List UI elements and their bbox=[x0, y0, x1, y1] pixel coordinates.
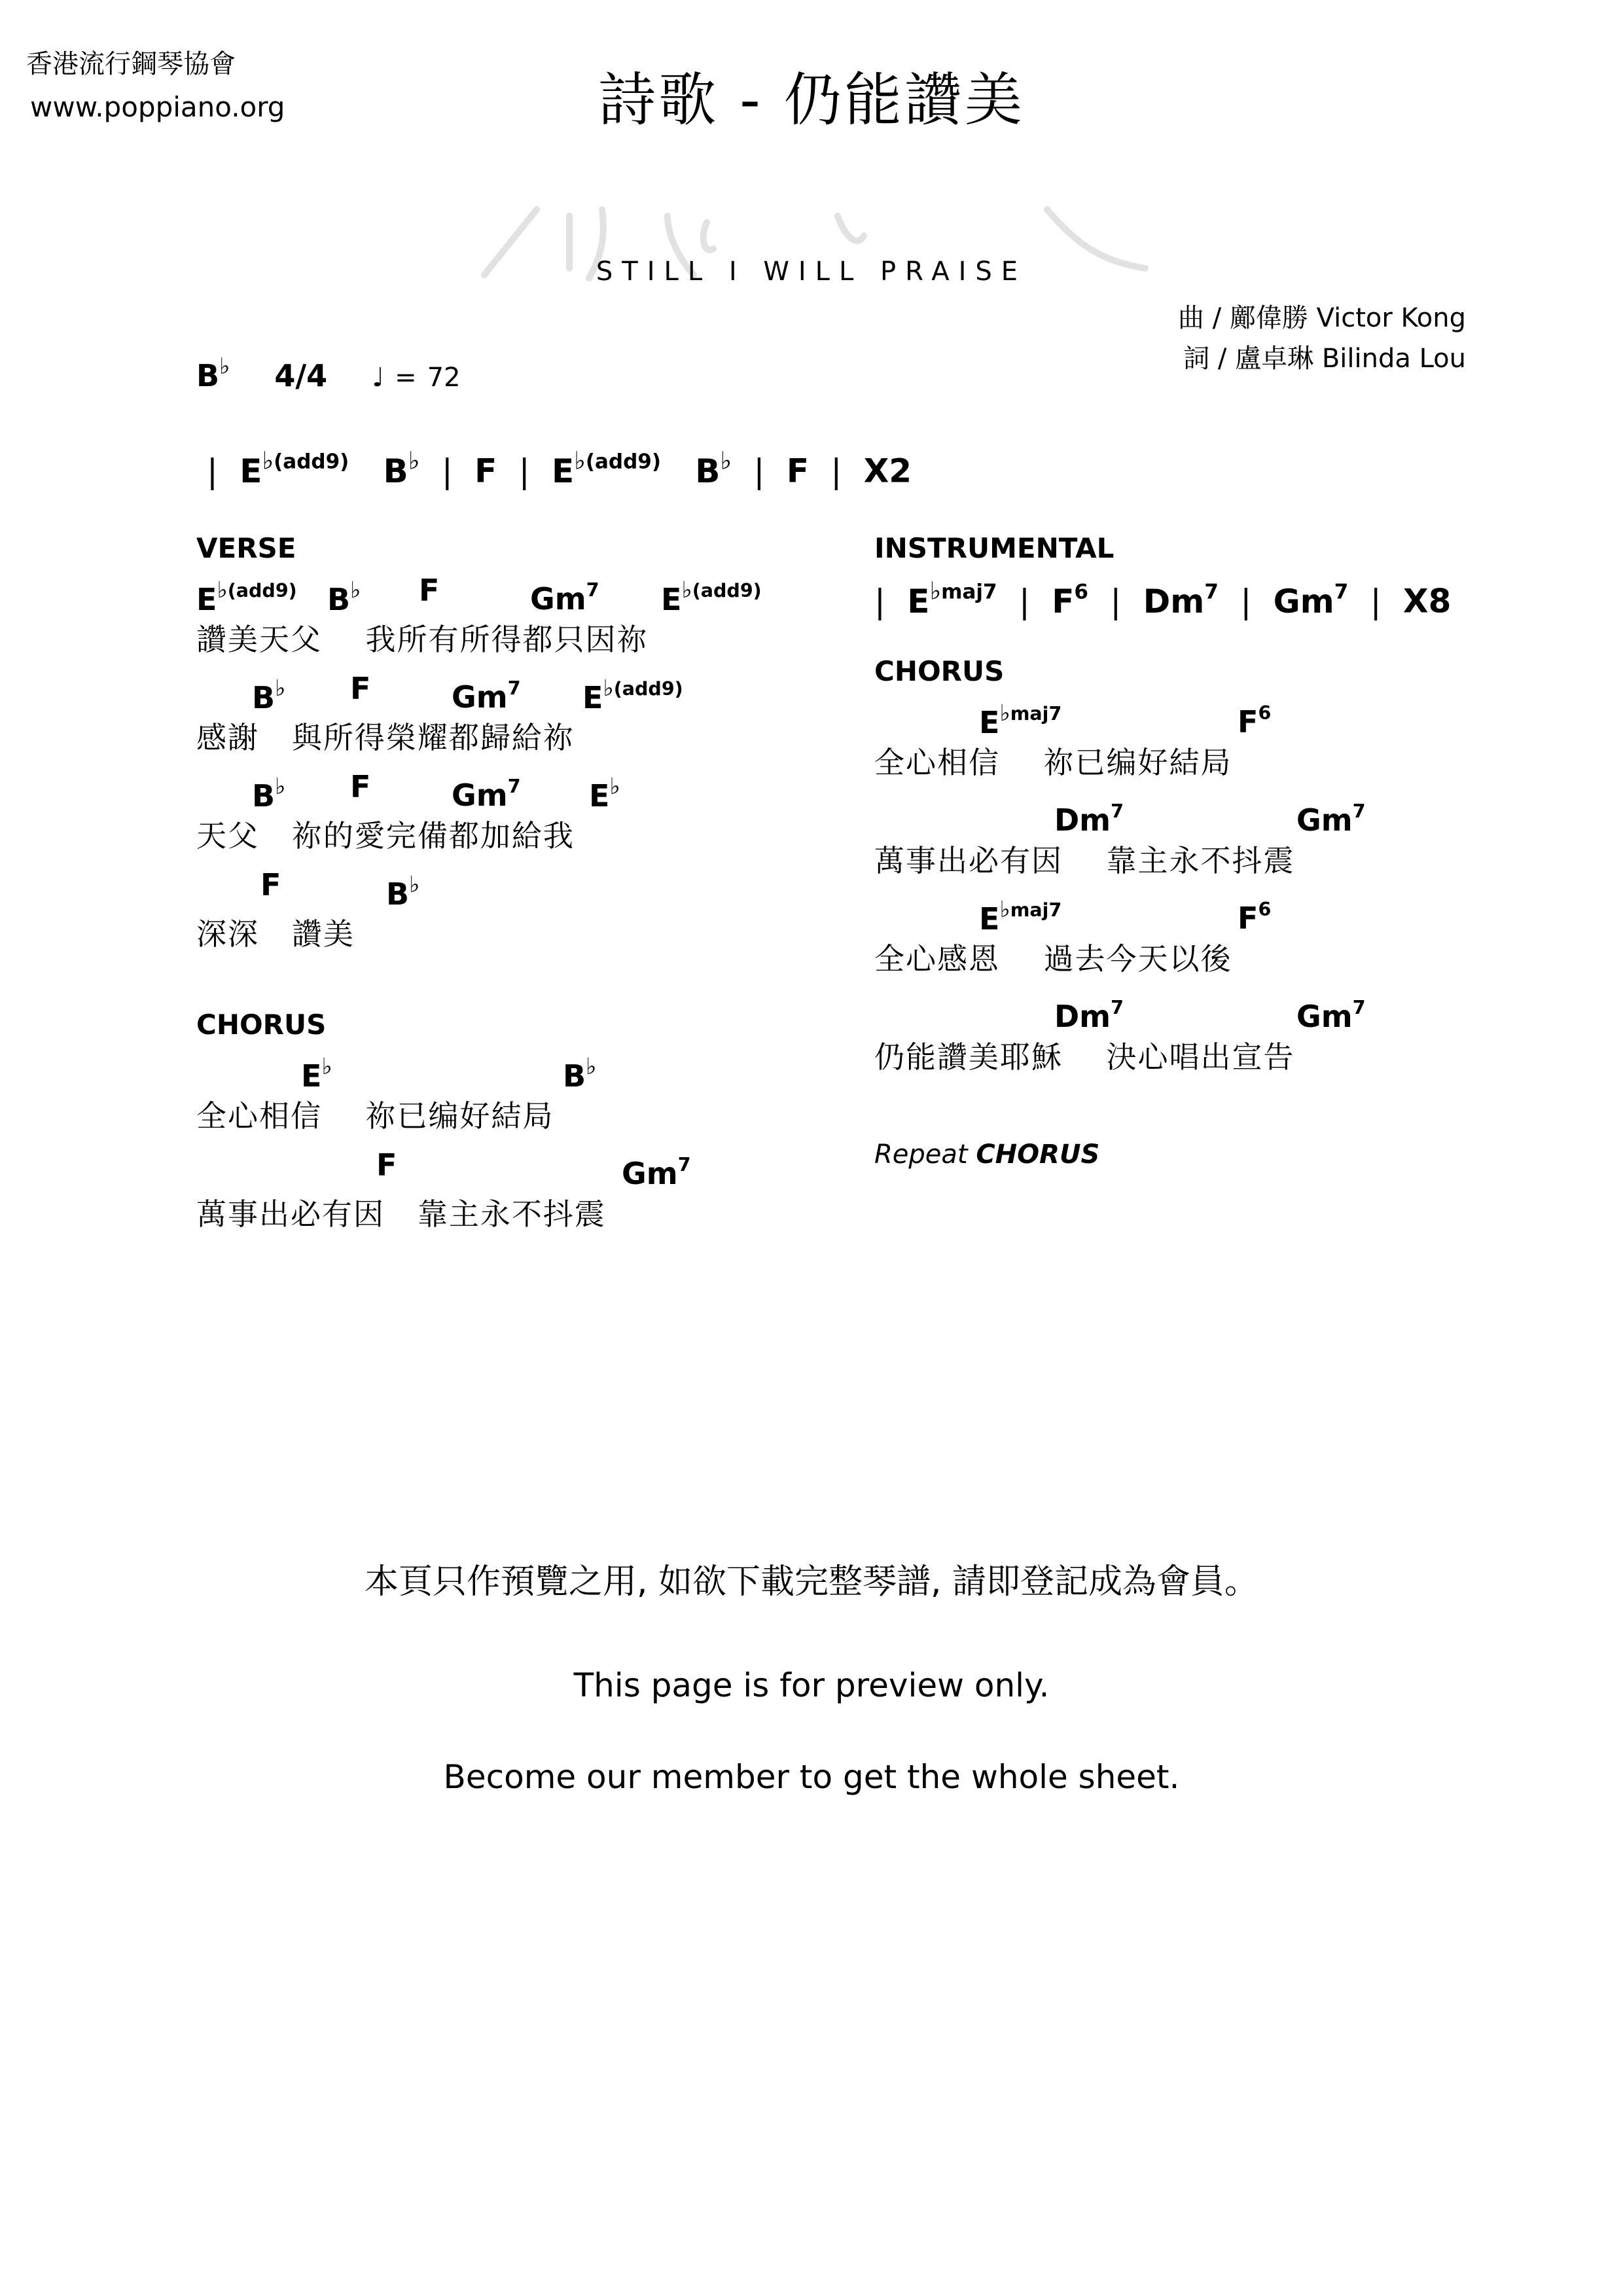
repeat-count: X2 bbox=[864, 452, 912, 490]
barline: | bbox=[830, 452, 842, 490]
lyric-line: 萬事出必有因 靠主永不抖震 bbox=[874, 835, 1529, 886]
chord: E♭ bbox=[589, 763, 620, 819]
chord-line: Dm7Gm7 bbox=[874, 984, 1529, 1031]
chord: E♭(add9) bbox=[552, 452, 661, 490]
tempo-bpm: 72 bbox=[427, 363, 461, 393]
lyric-line: 天父 祢的愛完備都加給我 bbox=[196, 810, 851, 861]
flat-icon: ♭ bbox=[275, 774, 285, 800]
flat-icon: ♭ bbox=[999, 897, 1010, 923]
flat-icon: ♭ bbox=[999, 700, 1010, 726]
chord: E♭(add9) bbox=[661, 567, 762, 623]
chord: B♭ bbox=[563, 1043, 596, 1100]
chord: Dm7 bbox=[1054, 984, 1124, 1040]
section-label-chorus: CHORUS bbox=[196, 1007, 851, 1043]
left-column: VERSE E♭(add9)B♭FGm7E♭(add9)讚美天父 我所有所得都只… bbox=[196, 530, 851, 1240]
chord: F bbox=[350, 763, 370, 810]
chord: Dm7 bbox=[1143, 583, 1219, 620]
barline: | bbox=[519, 452, 530, 490]
chord-line: FB♭ bbox=[196, 861, 851, 908]
chord: Gm7 bbox=[1296, 984, 1366, 1040]
barline: | bbox=[874, 583, 885, 620]
intro-progression: | E♭(add9) B♭ | F | E♭(add9) B♭ | F | X2 bbox=[196, 437, 912, 494]
section-label-instrumental: INSTRUMENTAL bbox=[874, 530, 1529, 567]
flat-icon: ♭ bbox=[603, 675, 613, 702]
song-subtitle: STILL I WILL PRAISE bbox=[0, 255, 1623, 288]
chord-line: E♭(add9)B♭FGm7E♭(add9) bbox=[196, 567, 851, 614]
quarter-note-icon: ♩ bbox=[372, 363, 384, 393]
song-title: 詩歌 - 仍能讚美 bbox=[0, 64, 1623, 136]
barline: | bbox=[1019, 583, 1030, 620]
flat-icon: ♭ bbox=[574, 446, 586, 475]
chord: Gm7 bbox=[622, 1141, 691, 1197]
repeat-chorus-note: Repeat CHORUS bbox=[874, 1135, 1529, 1174]
flat-icon: ♭ bbox=[275, 675, 285, 702]
lyric-line: 萬事出必有因 靠主永不抖震 bbox=[196, 1189, 851, 1240]
chord: Gm7 bbox=[452, 763, 521, 819]
flat-icon: ♭ bbox=[350, 577, 361, 603]
instrumental-progression: | E♭maj7 | F6 | Dm7 | Gm7 | X8 bbox=[874, 567, 1529, 614]
flat-icon: ♭ bbox=[609, 774, 620, 800]
chord-line: Dm7Gm7 bbox=[874, 788, 1529, 835]
chord: E♭maj7 bbox=[979, 886, 1061, 942]
flat-icon: ♭ bbox=[262, 446, 274, 475]
flat-icon: ♭ bbox=[219, 353, 230, 380]
lyric-line: 仍能讚美耶穌 決心唱出宣告 bbox=[874, 1031, 1529, 1083]
chord: B♭ bbox=[252, 763, 285, 819]
flat-icon: ♭ bbox=[217, 577, 227, 603]
chord: F6 bbox=[1238, 690, 1271, 745]
chord: F6 bbox=[1052, 583, 1088, 620]
chord: Gm7 bbox=[1274, 583, 1349, 620]
chord: B♭ bbox=[252, 665, 285, 721]
section-label-verse: VERSE bbox=[196, 530, 851, 567]
lyric-line: 感謝 與所得榮耀都歸給祢 bbox=[196, 712, 851, 763]
chord-line: B♭FGm7E♭(add9) bbox=[196, 665, 851, 712]
flat-icon: ♭ bbox=[408, 446, 420, 475]
chord: B♭ bbox=[695, 452, 732, 490]
chord: B♭ bbox=[327, 567, 361, 623]
right-column: INSTRUMENTAL | E♭maj7 | F6 | Dm7 | Gm7 |… bbox=[874, 530, 1529, 1174]
flat-icon: ♭ bbox=[321, 1054, 332, 1080]
barline: | bbox=[442, 452, 453, 490]
chord: F bbox=[787, 452, 809, 490]
chord: F bbox=[350, 665, 370, 712]
chord-line: B♭FGm7E♭ bbox=[196, 763, 851, 810]
chord: F6 bbox=[1238, 886, 1271, 942]
verse-lines: E♭(add9)B♭FGm7E♭(add9)讚美天父 我所有所得都只因祢B♭FG… bbox=[196, 567, 851, 960]
chord: E♭(add9) bbox=[240, 452, 349, 490]
barline: | bbox=[207, 452, 218, 490]
chord: E♭ bbox=[301, 1043, 332, 1100]
chord-line: E♭maj7F6 bbox=[874, 690, 1529, 737]
chord: F bbox=[474, 452, 497, 490]
chord-line: FGm7 bbox=[196, 1141, 851, 1189]
chord: F bbox=[376, 1141, 397, 1189]
barline: | bbox=[1110, 583, 1121, 620]
chord: F bbox=[260, 861, 281, 908]
lyricist-credit: 詞 / 盧卓琳 Bilinda Lou bbox=[1178, 338, 1466, 379]
lyric-line: 全心感恩 過去今天以後 bbox=[874, 933, 1529, 984]
lyric-line: 全心相信 祢已编好結局 bbox=[874, 737, 1529, 788]
preview-notice-en: This page is for preview only. bbox=[0, 1662, 1623, 1708]
chord-line: E♭B♭ bbox=[196, 1043, 851, 1090]
chord: Gm7 bbox=[530, 567, 599, 622]
composer-credit: 曲 / 鄺偉勝 Victor Kong bbox=[1178, 298, 1466, 338]
chord: E♭maj7 bbox=[979, 690, 1061, 746]
chord: E♭maj7 bbox=[907, 583, 997, 620]
barline: | bbox=[1240, 583, 1251, 620]
flat-icon: ♭ bbox=[929, 576, 941, 605]
flat-icon: ♭ bbox=[681, 577, 692, 603]
time-signature: 4/4 bbox=[274, 358, 327, 393]
flat-icon: ♭ bbox=[409, 872, 419, 898]
chord: F bbox=[419, 567, 439, 614]
chord-line: E♭maj7F6 bbox=[874, 886, 1529, 933]
lyric-line: 全心相信 祢已编好結局 bbox=[196, 1090, 851, 1141]
chorus-lines: E♭maj7F6全心相信 祢已编好結局Dm7Gm7萬事出必有因 靠主永不抖震E♭… bbox=[874, 690, 1529, 1083]
preview-notice-zh: 本頁只作預覽之用, 如欲下載完整琴譜, 請即登記成為會員。 bbox=[0, 1559, 1623, 1605]
flat-icon: ♭ bbox=[720, 446, 732, 475]
barline: | bbox=[1370, 583, 1382, 620]
key-root: B bbox=[196, 358, 219, 393]
chord: E♭(add9) bbox=[582, 665, 683, 721]
chord: E♭(add9) bbox=[196, 567, 297, 623]
chord: Dm7 bbox=[1054, 788, 1124, 844]
credits: 曲 / 鄺偉勝 Victor Kong 詞 / 盧卓琳 Bilinda Lou bbox=[1178, 298, 1466, 379]
chord: Gm7 bbox=[1296, 788, 1366, 844]
section-label-chorus: CHORUS bbox=[874, 653, 1529, 690]
song-meta: B♭ 4/4 ♩ = 72 bbox=[196, 347, 461, 397]
membership-notice: Become our member to get the whole sheet… bbox=[0, 1754, 1623, 1800]
tempo-equals: = bbox=[395, 363, 417, 393]
chord: B♭ bbox=[383, 452, 420, 490]
chord: Gm7 bbox=[452, 665, 521, 721]
chorus-lines: E♭B♭全心相信 祢已编好結局FGm7萬事出必有因 靠主永不抖震 bbox=[196, 1043, 851, 1240]
lyric-line: 深深 讚美 bbox=[196, 908, 851, 960]
repeat-count: X8 bbox=[1403, 583, 1451, 620]
barline: | bbox=[754, 452, 765, 490]
flat-icon: ♭ bbox=[586, 1054, 596, 1080]
chord: B♭ bbox=[386, 861, 419, 918]
